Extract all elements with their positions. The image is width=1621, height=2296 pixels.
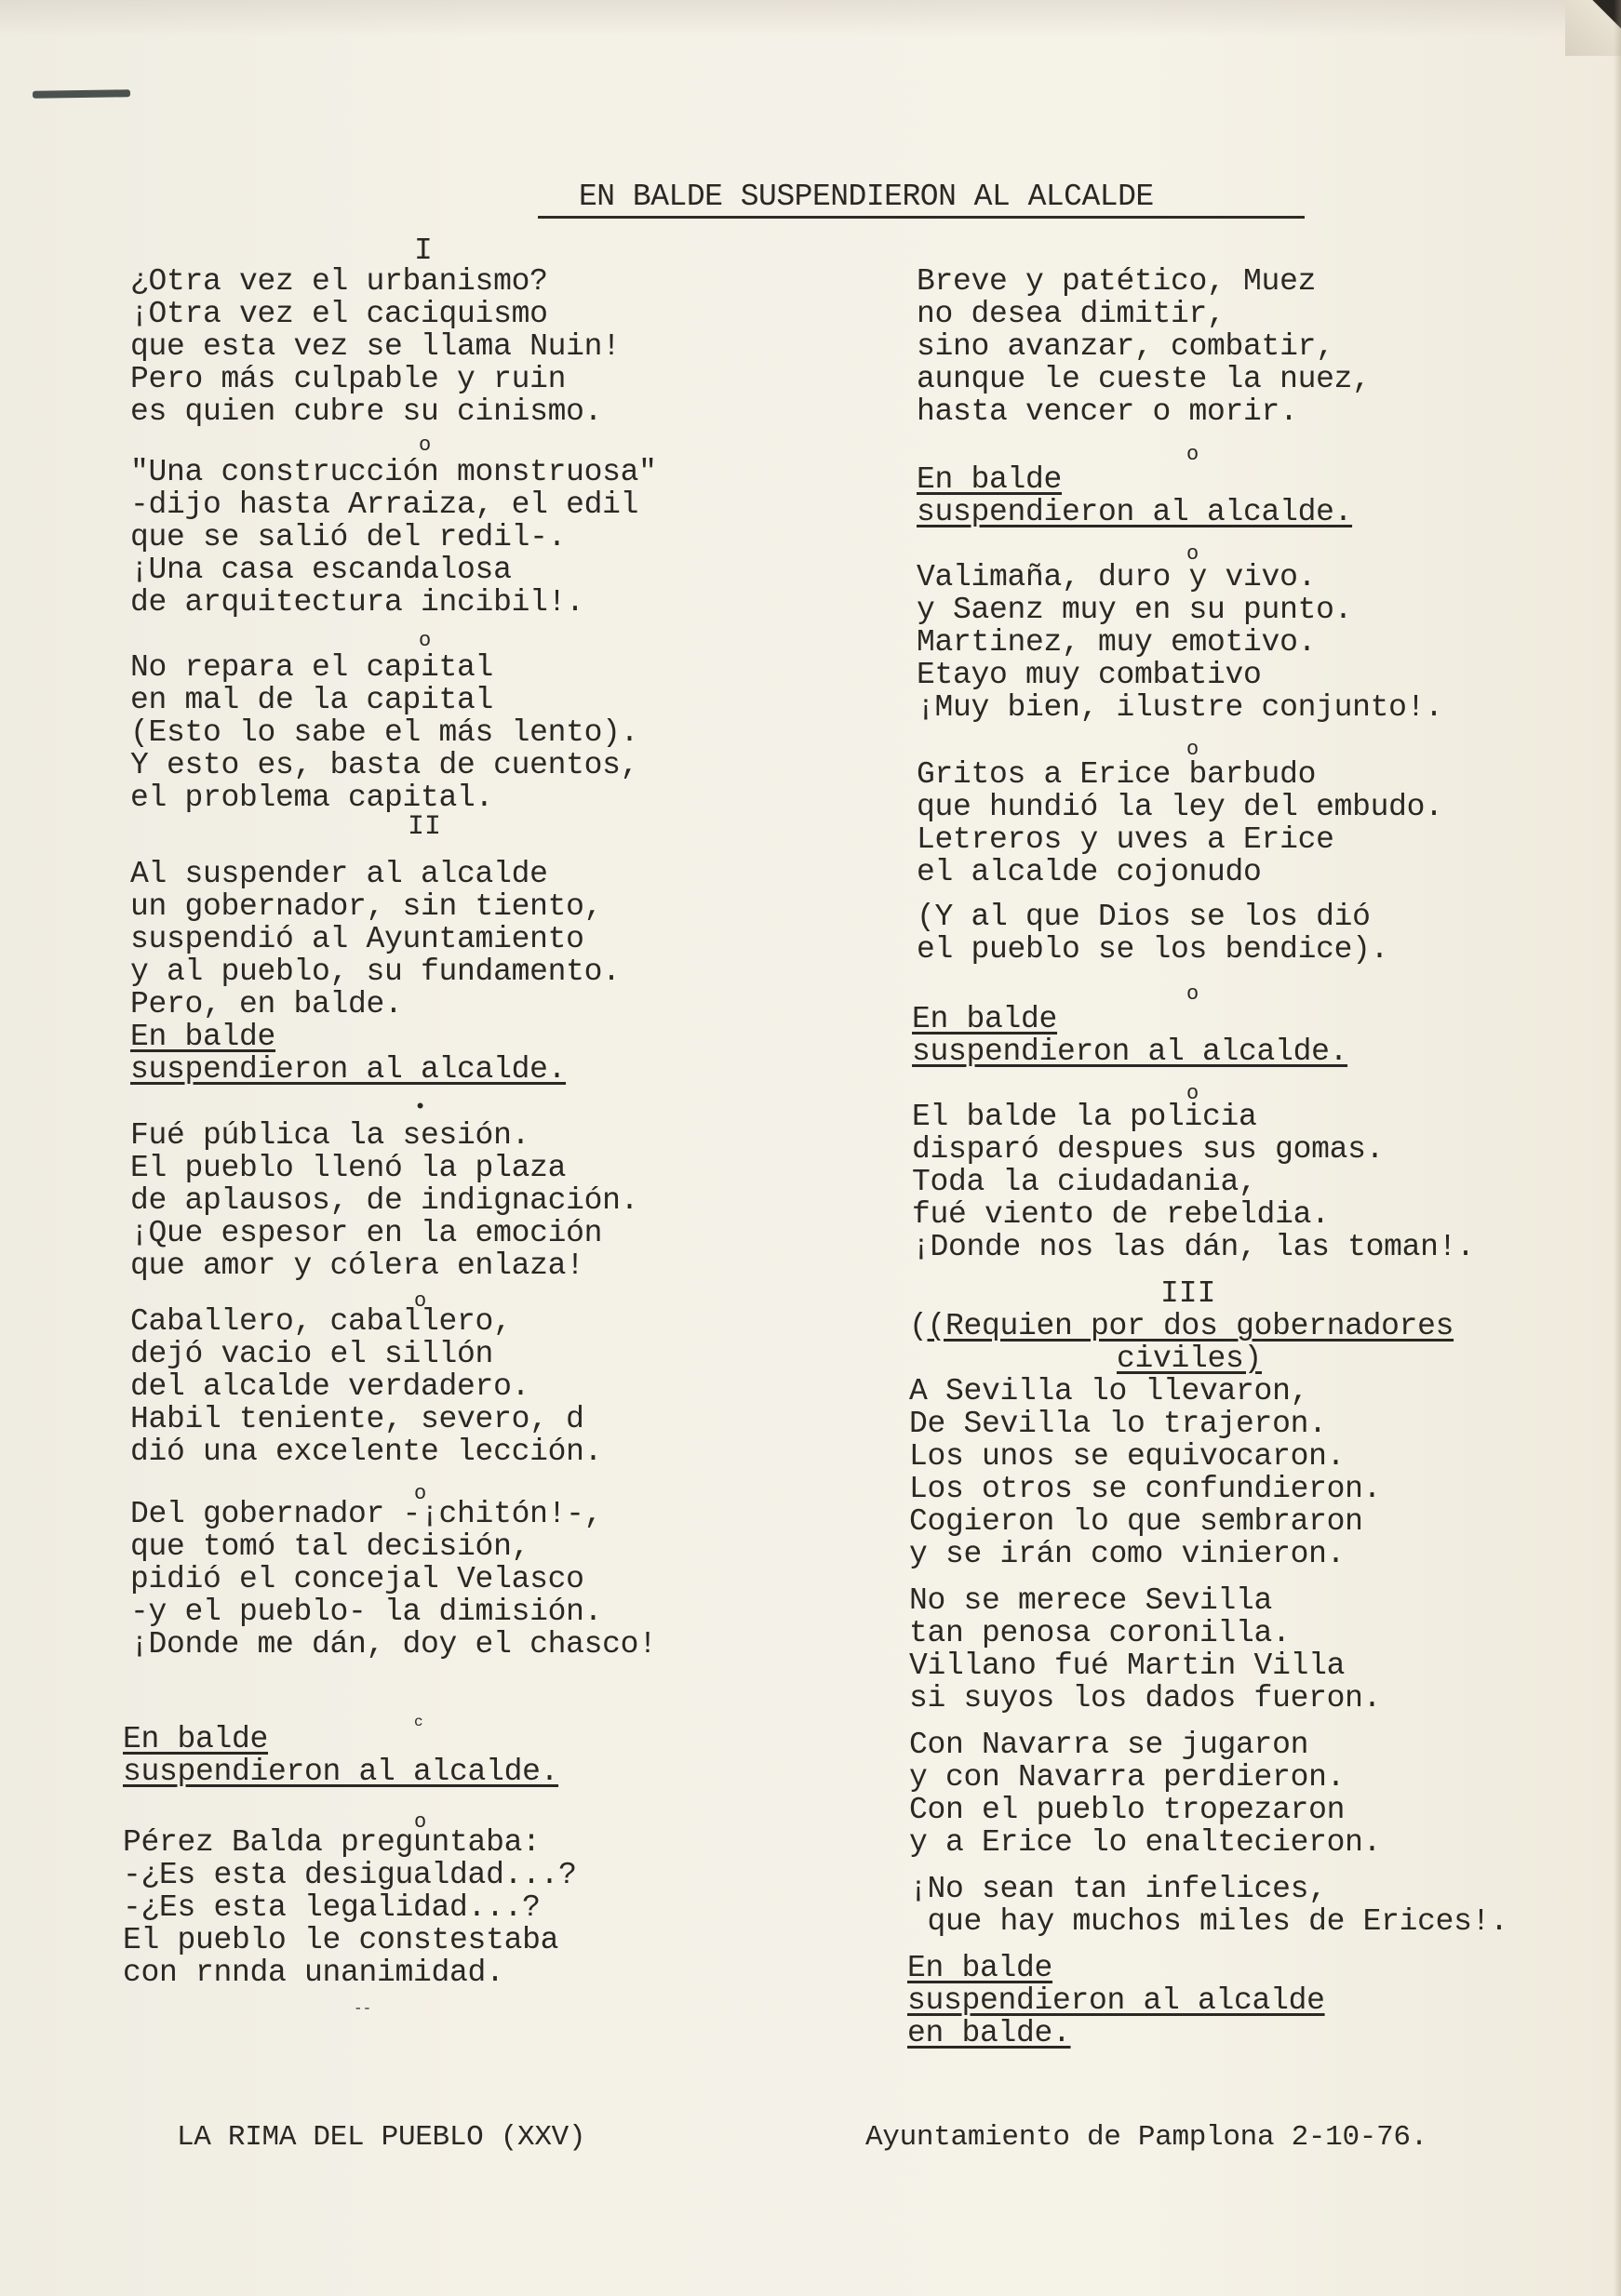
- verse-line: aunque le cueste la nuez,: [917, 363, 1371, 395]
- verse-line: El pueblo le constestaba: [123, 1924, 558, 1956]
- section-heading-I: I: [414, 234, 433, 267]
- verse-line: Etayo muy combativo: [917, 659, 1262, 691]
- stanza-separator: o: [1186, 445, 1199, 465]
- verse-line: si suyos los dados fueron.: [909, 1682, 1381, 1715]
- verse-line: es quien cubre su cinismo.: [130, 395, 602, 428]
- verse-line: tan penosa coronilla.: [909, 1617, 1291, 1649]
- verse-line: Caballero, caballero,: [130, 1305, 512, 1338]
- verse-line: en mal de la capital: [130, 684, 493, 716]
- verse-line: suspendió al Ayuntamiento: [130, 923, 584, 955]
- verse-line: ¡Que espesor en la emoción: [130, 1217, 602, 1249]
- verse-line: dejó vacio el sillón: [130, 1338, 493, 1370]
- refrain-line: suspendieron al alcalde.: [130, 1053, 566, 1086]
- verse-line: de aplausos, de indignación.: [130, 1184, 638, 1217]
- verse-line: Al suspender al alcalde: [130, 858, 548, 890]
- verse-line: y con Navarra perdieron.: [909, 1761, 1345, 1794]
- verse-line: con rnnda unanimidad.: [123, 1956, 504, 1989]
- verse-line: pidió el concejal Velasco: [130, 1563, 584, 1595]
- verse-line: (Y al que Dios se los dió: [917, 901, 1371, 933]
- verse-line: Con el pueblo tropezaron: [909, 1794, 1345, 1826]
- verse-line: Pérez Balda preguntaba:: [123, 1826, 541, 1859]
- verse-line: De Sevilla lo trajeron.: [909, 1408, 1327, 1440]
- verse-line: Martinez, muy emotivo.: [917, 626, 1316, 659]
- verse-line: ¡Donde me dán, doy el chasco!: [130, 1628, 657, 1661]
- stanza-separator: o: [1186, 984, 1199, 1005]
- refrain-line: En balde: [907, 1952, 1052, 1984]
- verse-line: Fué pública la sesión.: [130, 1119, 529, 1152]
- verse-line: Letreros y uves a Erice: [917, 823, 1334, 856]
- verse-line: el pueblo se los bendice).: [917, 933, 1388, 966]
- stanza-separator: o: [419, 435, 431, 456]
- verse-line: fué viento de rebeldia.: [912, 1198, 1330, 1231]
- verse-line: que se salió del redil-.: [130, 521, 566, 554]
- end-mark: --: [354, 1998, 371, 2019]
- verse-line: Con Navarra se jugaron: [909, 1729, 1308, 1761]
- verse-line: dió una excelente lección.: [130, 1435, 602, 1468]
- staple-mark: [33, 89, 130, 98]
- footer-series-label: LA RIMA DEL PUEBLO (XXV): [177, 2121, 585, 2154]
- verse-line: que tomó tal decisión,: [130, 1530, 529, 1563]
- verse-line: sino avanzar, combatir,: [917, 330, 1334, 363]
- verse-line: Y esto es, basta de cuentos,: [130, 749, 638, 781]
- verse-line: de arquitectura incibil!.: [130, 586, 584, 619]
- verse-line: No repara el capital: [130, 651, 493, 684]
- verse-line: disparó despues sus gomas.: [912, 1133, 1384, 1166]
- document-title: EN BALDE SUSPENDIERON AL ALCALDE: [538, 180, 1305, 219]
- verse-line: un gobernador, sin tiento,: [130, 890, 602, 923]
- stanza-separator: c: [414, 1712, 423, 1732]
- refrain-line: En balde: [123, 1723, 268, 1755]
- verse-line: que esta vez se llama Nuin!: [130, 330, 621, 363]
- refrain-line: suspendieron al alcalde.: [123, 1755, 558, 1788]
- verse-line: Breve y patético, Muez: [917, 265, 1316, 298]
- verse-line: El balde la policia: [912, 1101, 1257, 1133]
- verse-line: Pero, en balde.: [130, 988, 403, 1021]
- verse-line: hasta vencer o morir.: [917, 395, 1298, 428]
- verse-line: -¿Es esta legalidad...?: [123, 1891, 541, 1924]
- verse-line: Valimaña, duro y vivo.: [917, 561, 1316, 594]
- verse-line: -y el pueblo- la dimisión.: [130, 1595, 602, 1628]
- verse-line: el alcalde cojonudo: [917, 856, 1262, 888]
- refrain-line: En balde: [130, 1021, 275, 1053]
- section-subtitle-cont: civiles): [1117, 1342, 1262, 1375]
- verse-line: que hundió la ley del embudo.: [917, 791, 1443, 823]
- verse-line: Los otros se confundieron.: [909, 1473, 1381, 1505]
- verse-line: A Sevilla lo llevaron,: [909, 1375, 1308, 1408]
- footer-place-date: Ayuntamiento de Pamplona 2-10-76.: [865, 2121, 1427, 2154]
- stanza-separator: •: [414, 1098, 426, 1118]
- section-heading-II: II: [408, 811, 441, 844]
- section-heading-III: III: [1160, 1277, 1215, 1310]
- verse-line: Habil teniente, severo, d: [130, 1403, 584, 1435]
- refrain-line: suspendieron al alcalde: [907, 1984, 1325, 2017]
- verse-line: del alcalde verdadero.: [130, 1370, 529, 1403]
- verse-line: No se merece Sevilla: [909, 1584, 1272, 1617]
- folded-corner: [1565, 0, 1621, 56]
- verse-line: ¡No sean tan infelices,: [909, 1873, 1327, 1905]
- verse-line: Cogieron lo que sembraron: [909, 1505, 1363, 1538]
- verse-line: ¡Muy bien, ilustre conjunto!.: [917, 691, 1443, 724]
- verse-line: ¡Una casa escandalosa: [130, 554, 512, 586]
- verse-line: y se irán como vinieron.: [909, 1538, 1345, 1570]
- verse-line: Pero más culpable y ruin: [130, 363, 566, 395]
- refrain-line: En balde: [912, 1003, 1057, 1035]
- verse-line: ¡Donde nos las dán, las toman!.: [912, 1231, 1475, 1263]
- verse-line: Toda la ciudadania,: [912, 1166, 1257, 1198]
- section-subtitle-text: civiles): [1117, 1342, 1262, 1376]
- refrain-line: suspendieron al alcalde.: [917, 496, 1352, 528]
- refrain-line: suspendieron al alcalde.: [912, 1035, 1347, 1068]
- verse-line: Villano fué Martin Villa: [909, 1649, 1345, 1682]
- verse-line: -¿Es esta desigualdad...?: [123, 1859, 577, 1891]
- verse-line: y al pueblo, su fundamento.: [130, 955, 621, 988]
- verse-line: (Esto lo sabe el más lento).: [130, 716, 638, 749]
- verse-line: Los unos se equivocaron.: [909, 1440, 1345, 1473]
- page-edge: [1614, 0, 1621, 2296]
- verse-line: el problema capital.: [130, 781, 493, 814]
- verse-line: Gritos a Erice barbudo: [917, 758, 1316, 791]
- section-subtitle-text: (Requien por dos gobernadores: [928, 1309, 1454, 1343]
- verse-line: que amor y cólera enlaza!: [130, 1249, 584, 1282]
- refrain-line: En balde: [917, 463, 1062, 496]
- section-subtitle: ((Requien por dos gobernadores: [909, 1310, 1454, 1342]
- verse-line: "Una construcción monstruosa": [130, 456, 657, 488]
- verse-line: ¡Otra vez el caciquismo: [130, 298, 548, 330]
- verse-line: El pueblo llenó la plaza: [130, 1152, 566, 1184]
- top-shadow: [0, 0, 1621, 37]
- verse-line: -dijo hasta Arraiza, el edil: [130, 488, 638, 521]
- stanza-separator: o: [419, 631, 431, 651]
- verse-line: y a Erice lo enaltecieron.: [909, 1826, 1381, 1859]
- verse-line: ¿Otra vez el urbanismo?: [130, 265, 548, 298]
- refrain-line: en balde.: [907, 2017, 1071, 2049]
- verse-line: no desea dimitir,: [917, 298, 1226, 330]
- verse-line: que hay muchos miles de Erices!.: [909, 1905, 1508, 1938]
- verse-line: y Saenz muy en su punto.: [917, 594, 1352, 626]
- verse-line: Del gobernador -¡chitón!-,: [130, 1498, 602, 1530]
